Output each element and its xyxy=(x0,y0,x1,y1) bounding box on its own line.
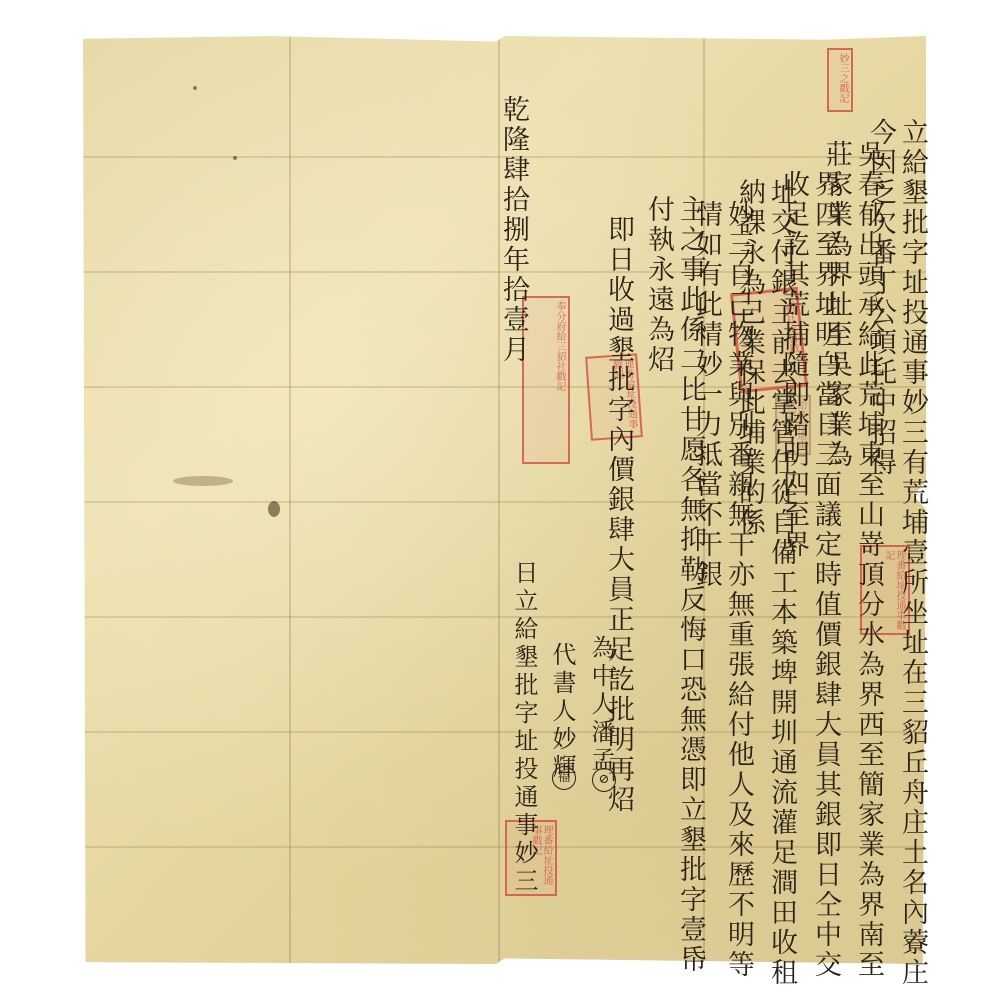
ink-spot xyxy=(233,156,237,160)
seal-top-right: 妙三之戳記 xyxy=(827,48,853,112)
middleman-signature: 為中人潘孟 xyxy=(585,635,617,775)
scribe-mark: 福 xyxy=(552,766,576,790)
ink-stain xyxy=(268,501,280,517)
ink-spot xyxy=(193,86,197,90)
issuer-signature: 日立給墾批字址投通事妙三 xyxy=(508,560,540,896)
ink-stain xyxy=(173,476,233,486)
seal-center-left: 奉分府給三貂社戳記 xyxy=(522,296,570,464)
scribe-signature: 代書人妙輝 xyxy=(546,642,578,782)
deed-date: 乾隆肆拾捌年拾壹月 xyxy=(497,95,529,365)
middleman-mark: ⊘ xyxy=(592,768,616,792)
deed-text-column-6: 主之事此係二比甘愿各無抑勒反悔口恐無憑即立墾批字壹帋付執永遠為炤 xyxy=(642,195,706,1000)
fold-line xyxy=(289,36,291,964)
